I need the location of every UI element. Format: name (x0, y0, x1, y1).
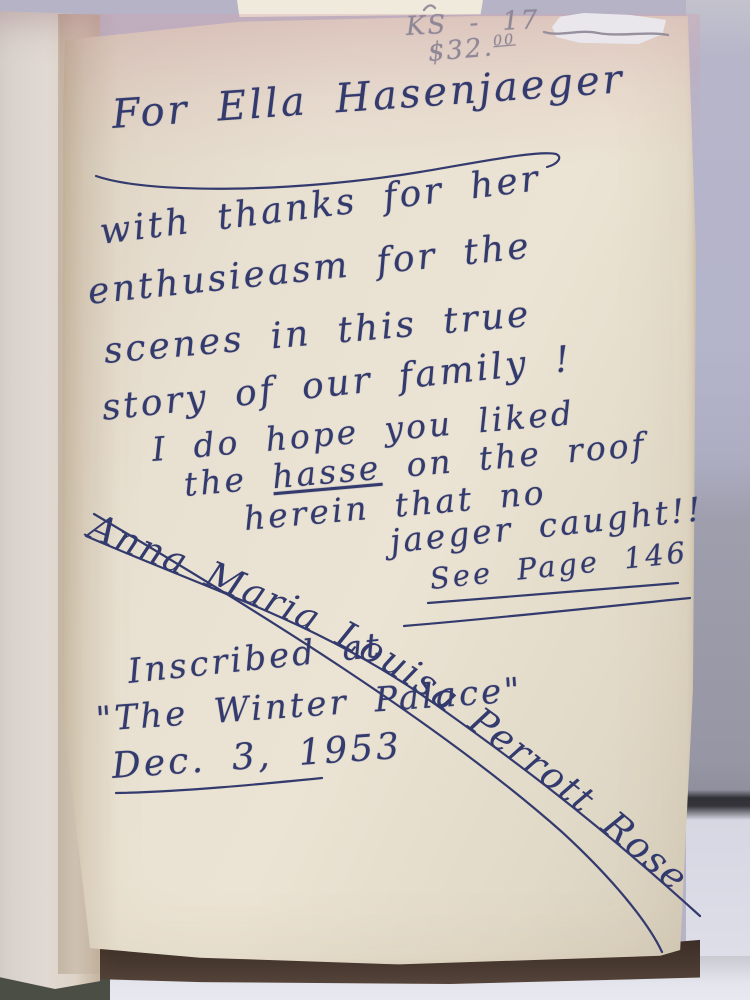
pencil-price-dollars: $32. (427, 32, 495, 68)
book-inscription-photo: KS - 17 $32.00 For Ella Hasenjaeger with… (0, 0, 750, 1000)
pencil-price-cents: 00 (492, 32, 516, 50)
torn-sticker-remnant (552, 13, 666, 44)
